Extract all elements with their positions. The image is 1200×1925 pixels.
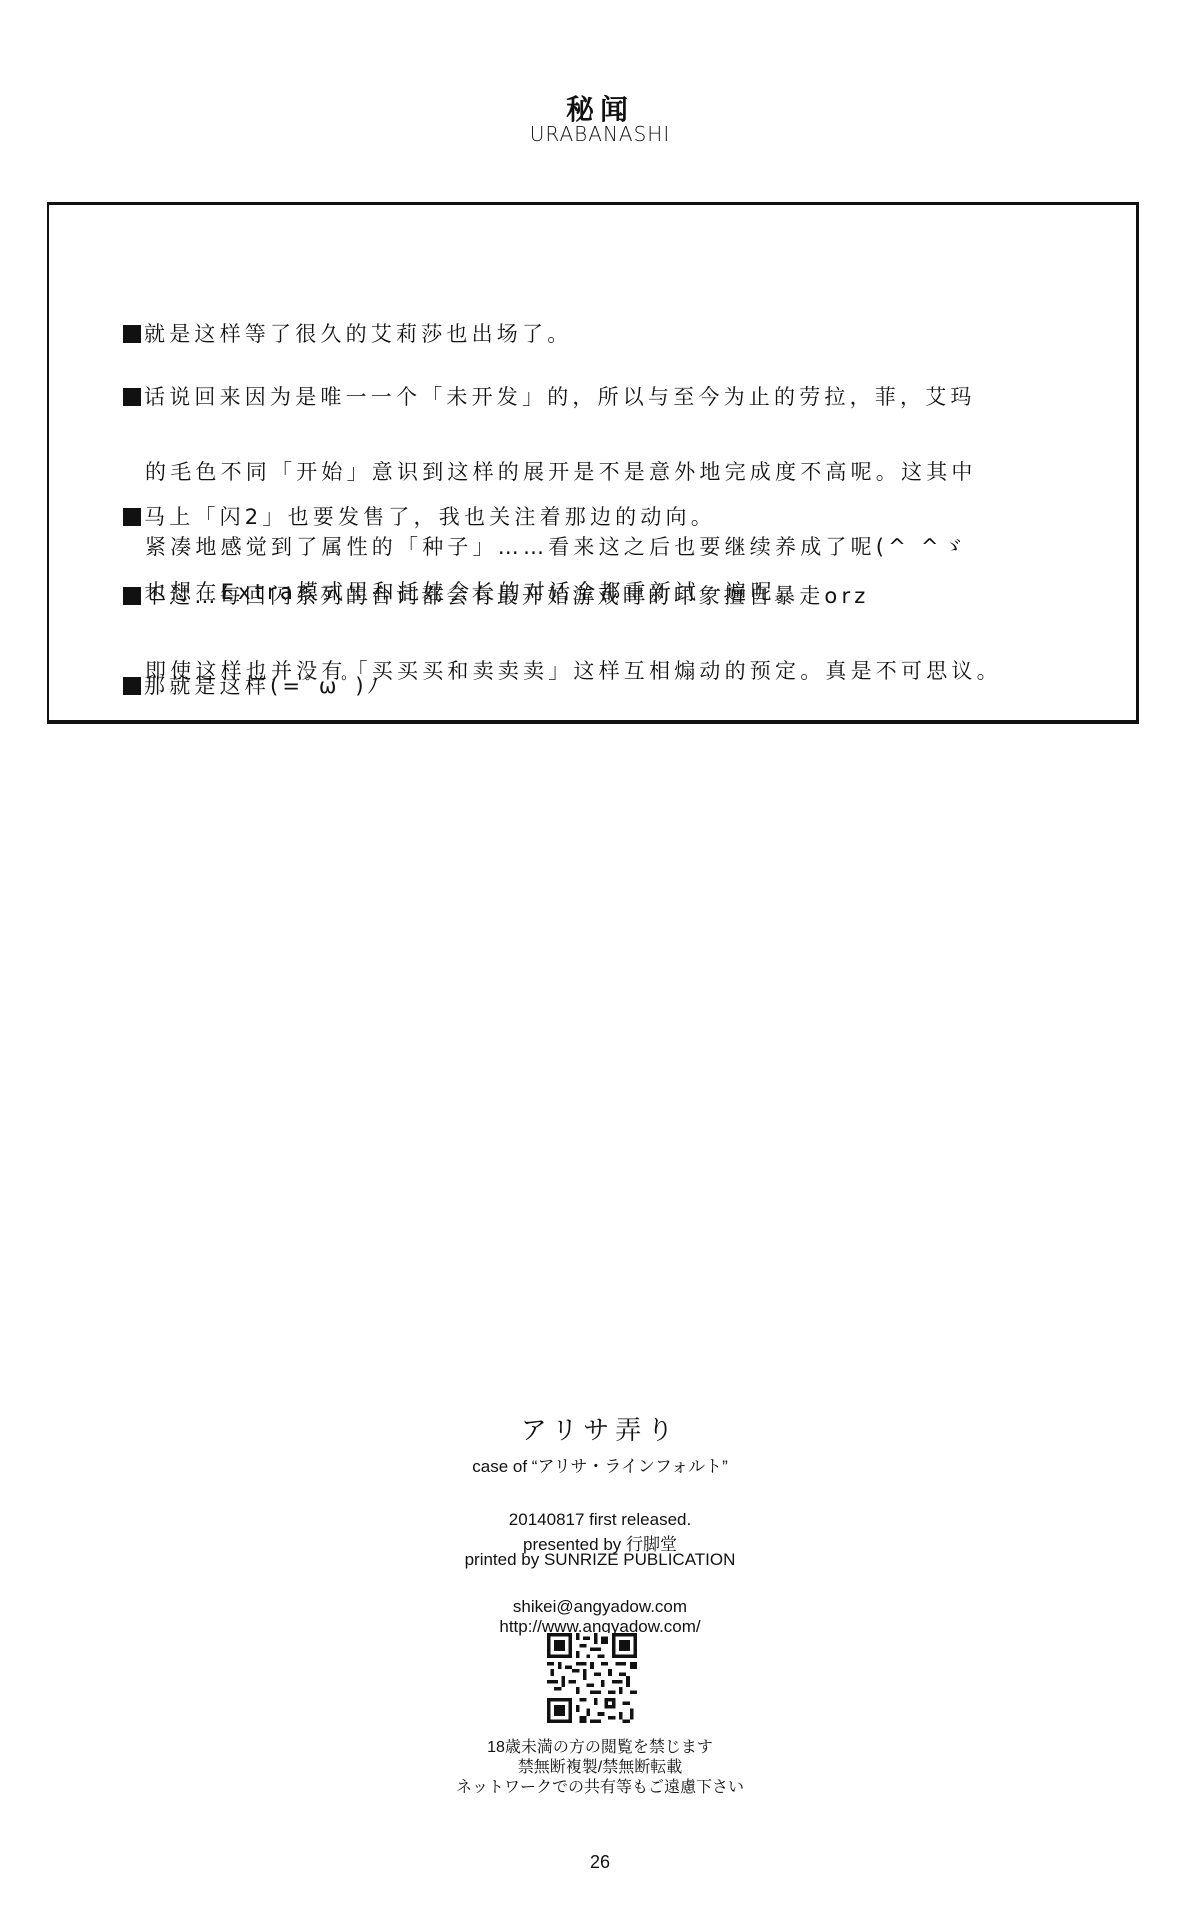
bullet-icon bbox=[123, 587, 141, 605]
note-line: 马上「闪2」也要发售了，我也关注着那边的动向。 bbox=[144, 505, 716, 529]
colophon-warning-share: ネットワークでの共有等もご遠慮下さい bbox=[0, 1774, 1200, 1797]
note-line: 那就是这样(=ﾟωﾟ)ﾉ bbox=[144, 674, 382, 698]
note-line: 不过…每回闪系列的台词都会有最开始游戏时的印象擅自暴走orz bbox=[144, 584, 870, 608]
note-line: 话说回来因为是唯一一个「未开发」的，所以与至今为止的劳拉，菲，艾玛 bbox=[144, 385, 976, 409]
colophon-title: アリサ弄り bbox=[0, 1410, 1200, 1447]
page-number: 26 bbox=[0, 1852, 1200, 1873]
colophon-email: shikei@angyadow.com bbox=[0, 1597, 1200, 1617]
note-paragraph-5: 那就是这样(=ﾟωﾟ)ﾉ bbox=[123, 624, 382, 724]
page-subtitle: URABANASHI bbox=[0, 122, 1200, 146]
bullet-icon bbox=[123, 508, 141, 526]
bullet-icon bbox=[123, 677, 141, 695]
bullet-icon bbox=[123, 388, 141, 406]
colophon-case: case of “アリサ・ラインフォルト” bbox=[0, 1452, 1200, 1477]
colophon-release: 20140817 first released. bbox=[0, 1510, 1200, 1530]
qr-code-icon bbox=[547, 1633, 637, 1723]
colophon-printed: printed by SUNRIZE PUBLICATION bbox=[0, 1550, 1200, 1570]
